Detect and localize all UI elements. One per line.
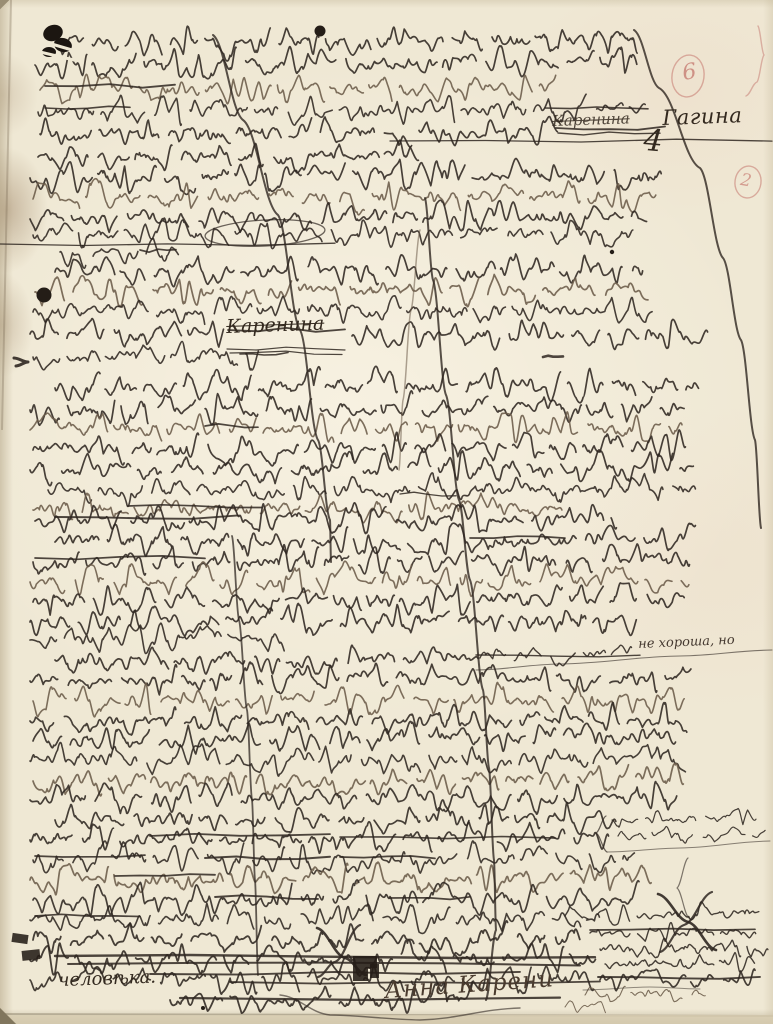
page-number: 4	[642, 126, 664, 158]
red-pencil-six: 6	[681, 61, 698, 85]
word-bottom-left: человѣка.	[58, 969, 156, 990]
mid-struck-name: Каренина	[226, 315, 325, 337]
margin-insertion-note: не хороша, но	[638, 634, 735, 651]
top-struck-name: Каренина	[552, 111, 630, 129]
top-replacement-name: Гагина	[662, 105, 743, 129]
manuscript-scan: Каренина Гагина 4 6 2 Каренина не хороша…	[0, 0, 773, 1024]
